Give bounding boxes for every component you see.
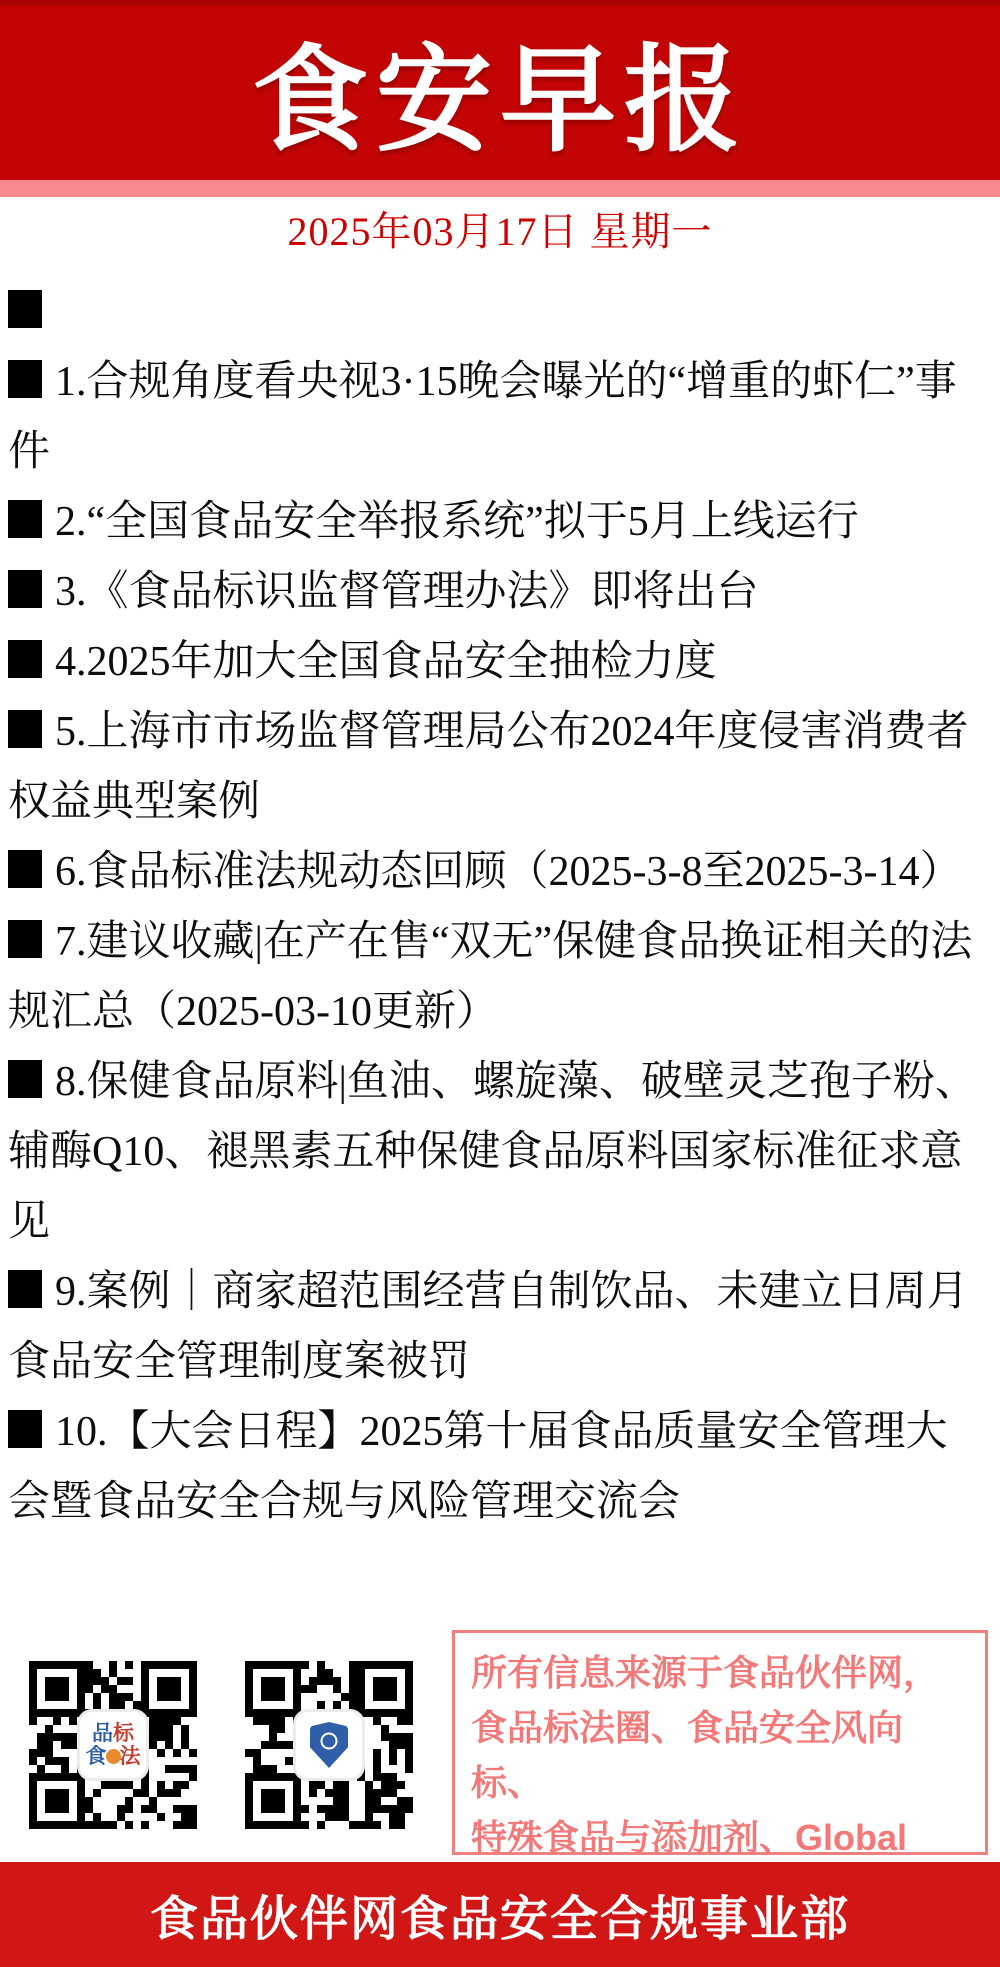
date-line: 2025年03月17日 星期一 [0,197,1000,267]
source-line: 食品标法圈、食品安全风向标、 [471,1700,969,1810]
blue-shield-icon [310,1722,348,1768]
footer-bar: 食品伙伴网食品安全合规事业部 [0,1862,1000,1967]
qr-finder-icon [141,1661,197,1717]
news-item: 5.上海市市场监督管理局公布2024年度侵害消费者权益典型案例 [8,697,988,837]
source-line: 所有信息来源于食品伙伴网， [471,1645,969,1700]
bullet-square-icon [8,360,42,398]
news-item: 4.2025年加大全国食品安全抽检力度 [8,627,988,697]
bullet-square-icon [8,920,42,958]
bottom-section: 品标 食法 所有信息来源于食品伙伴网， 食品标法圈、食品安全风向标、 特殊食品与… [0,1630,1000,1855]
qr-finder-icon [29,1661,85,1717]
source-line: 特殊食品与添加剂、Global [471,1810,969,1855]
qr-code-biaofaquan: 品标 食法 [18,1650,208,1840]
bullet-square-icon [8,290,42,328]
footer-text: 食品伙伴网食品安全合规事业部 [150,1880,850,1949]
qr-center-logo-biaofaquan: 品标 食法 [80,1712,146,1778]
news-item-text: 4.2025年加大全国食品安全抽检力度 [55,639,717,685]
qr-finder-icon [245,1773,301,1829]
logo-char: 食 [86,1745,107,1768]
page: 食安早报 2025年03月17日 星期一 1.合规角度看央视3·15晚会曝光的“… [0,0,1000,1967]
logo-char: 品 [92,1722,113,1745]
news-item: 2.“全国食品安全举报系统”拟于5月上线运行 [8,487,988,557]
qr-code-global-foodmate [234,1650,424,1840]
news-item: 3.《食品标识监督管理办法》即将出台 [8,557,988,627]
page-title: 食安早报 [252,7,748,174]
bullet-square-icon [8,1060,42,1098]
banner-bottom-stripe [0,180,1000,197]
news-item-text: 1.合规角度看央视3·15晚会曝光的“增重的虾仁”事件 [8,359,957,475]
bullet-square-icon [8,500,42,538]
qr-finder-icon [357,1661,413,1717]
news-item-text: 8.保健食品原料|鱼油、螺旋藻、破壁灵芝孢子粉、辅酶Q10、褪黑素五种保健食品原… [8,1059,977,1245]
news-item: 1.合规角度看央视3·15晚会曝光的“增重的虾仁”事件 [8,347,988,487]
qr-finder-icon [245,1661,301,1717]
news-item: 6.食品标准法规动态回顾（2025-3-8至2025-3-14） [8,837,988,907]
news-item-text: 7.建议收藏|在产在售“双无”保健食品换证相关的法规汇总（2025-03-10更… [8,919,972,1035]
bullet-square-icon [8,710,42,748]
bullet-square-icon [8,640,42,678]
logo-char: 标 [113,1722,134,1745]
news-item: 9.案例｜商家超范围经营自制饮品、未建立日周月食品安全管理制度案被罚 [8,1257,988,1397]
qr-center-logo-shield [296,1712,362,1778]
bullet-square-icon [8,1410,42,1448]
bullet-square-icon [8,570,42,608]
bullet-square-icon [8,1270,42,1308]
news-item: 7.建议收藏|在产在售“双无”保健食品换证相关的法规汇总（2025-03-10更… [8,907,988,1047]
news-item-text: 9.案例｜商家超范围经营自制饮品、未建立日周月食品安全管理制度案被罚 [8,1269,969,1385]
logo-char: 法 [120,1745,141,1768]
bullet-square-icon [8,850,42,888]
header-banner: 食安早报 [0,0,1000,180]
news-item-text: 6.食品标准法规动态回顾（2025-3-8至2025-3-14） [55,849,961,895]
source-box: 所有信息来源于食品伙伴网， 食品标法圈、食品安全风向标、 特殊食品与添加剂、Gl… [452,1630,988,1855]
qr-finder-icon [29,1773,85,1829]
news-list: 1.合规角度看央视3·15晚会曝光的“增重的虾仁”事件 2.“全国食品安全举报系… [0,277,1000,1607]
news-item: 8.保健食品原料|鱼油、螺旋藻、破壁灵芝孢子粉、辅酶Q10、褪黑素五种保健食品原… [8,1047,988,1257]
news-item-text: 2.“全国食品安全举报系统”拟于5月上线运行 [55,499,859,545]
news-item: 10.【大会日程】2025第十届食品质量安全管理大会暨食品安全合规与风险管理交流… [8,1397,988,1537]
news-item-text: 3.《食品标识监督管理办法》即将出台 [55,569,759,615]
orange-circle-icon [106,1749,121,1764]
news-item-text: 10.【大会日程】2025第十届食品质量安全管理大会暨食品安全合规与风险管理交流… [8,1409,948,1525]
news-item-text: 5.上海市市场监督管理局公布2024年度侵害消费者权益典型案例 [8,709,969,825]
news-item [8,277,988,347]
